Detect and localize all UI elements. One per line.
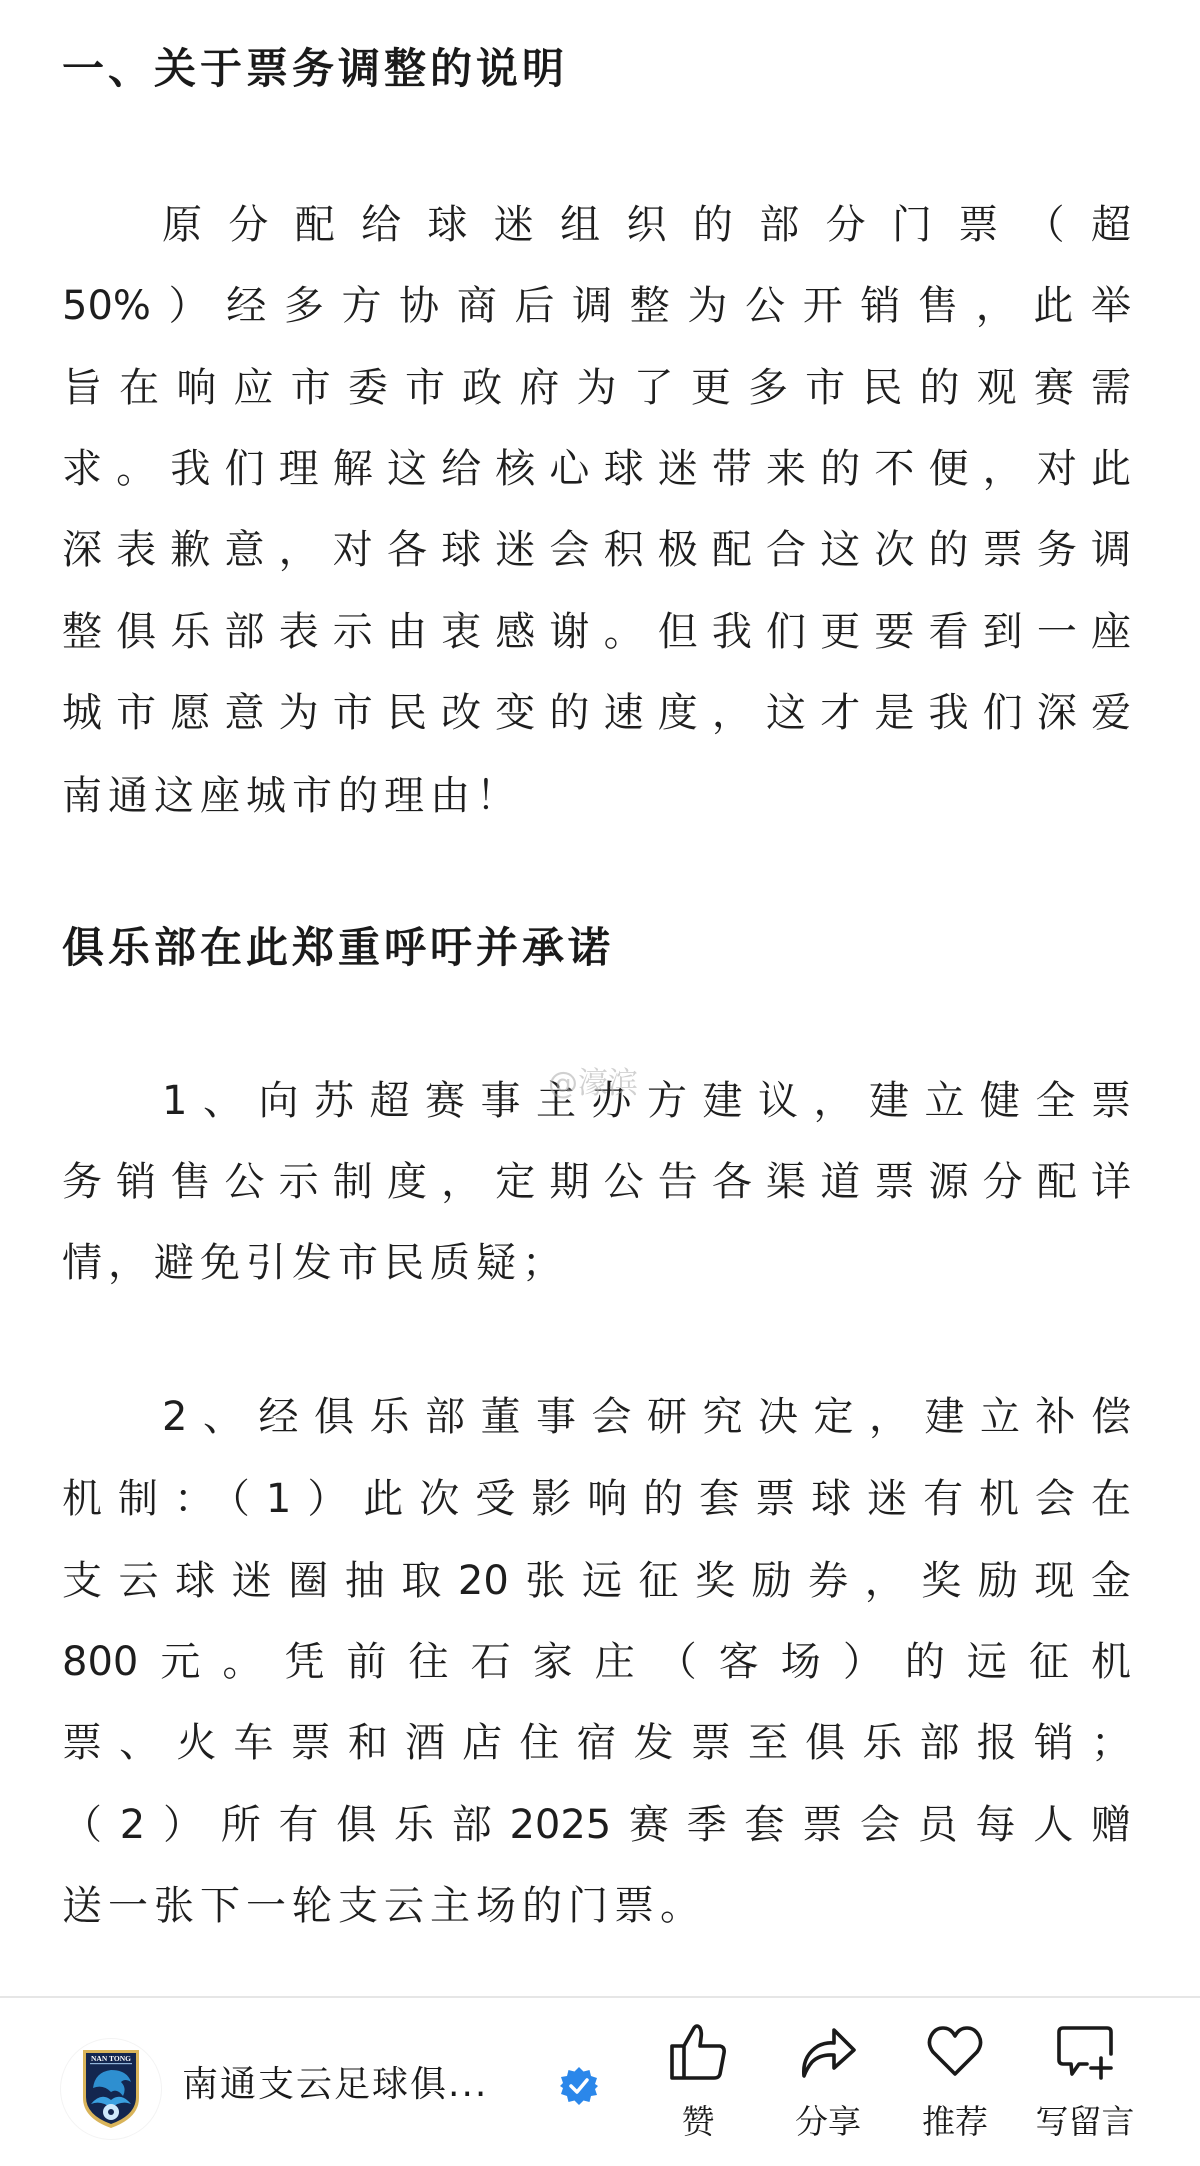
- paragraph-line: 1、向苏超赛事主办方建议，建立健全票: [62, 1076, 1131, 1126]
- paragraph-line: 城市愿意为市民改变的速度，这才是我们深爱: [62, 688, 1131, 738]
- recommend-label: 推荐: [895, 2102, 1015, 2142]
- comment-add-icon: [1055, 2022, 1115, 2082]
- avatar[interactable]: NAN TONG: [60, 2038, 162, 2140]
- thumbs-up-icon: [668, 2022, 728, 2082]
- paragraph-line: 原分配给球迷组织的部分门票（超: [62, 200, 1131, 250]
- like-button[interactable]: 赞: [638, 2022, 758, 2152]
- like-label: 赞: [638, 2102, 758, 2142]
- verified-badge-icon: [559, 2066, 599, 2106]
- club-crest-icon: NAN TONG: [81, 2048, 141, 2130]
- write-comment-button[interactable]: 写留言: [1025, 2022, 1145, 2152]
- section-heading-ticket-adjustment: 一、关于票务调整的说明: [62, 41, 568, 97]
- svg-text:NAN TONG: NAN TONG: [91, 2054, 131, 2063]
- paragraph-line: 旨在响应市委市政府为了更多市民的观赛需: [62, 363, 1131, 413]
- recommend-button[interactable]: 推荐: [895, 2022, 1015, 2152]
- paragraph-line: 整俱乐部表示由衷感谢。但我们更要看到一座: [62, 607, 1131, 657]
- paragraph-line: 50%）经多方协商后调整为公开销售，此举: [62, 281, 1131, 331]
- paragraph-line: 情，避免引发市民质疑；: [62, 1238, 1131, 1288]
- heart-icon: [925, 2022, 985, 2082]
- paragraph-line: 务销售公示制度，定期公告各渠道票源分配详: [62, 1157, 1131, 1207]
- paragraph-line: 南通这座城市的理由！: [62, 771, 1131, 821]
- bottom-action-bar: NAN TONG 南通支云足球俱... 赞 分享 推荐: [0, 1998, 1200, 2166]
- paragraph-line: 机制：（1）此次受影响的套票球迷有机会在: [62, 1474, 1131, 1524]
- paragraph-line: 深表歉意，对各球迷会积极配合这次的票务调: [62, 525, 1131, 575]
- share-icon: [798, 2022, 858, 2082]
- paragraph-line: 2、经俱乐部董事会研究决定，建立补偿: [62, 1392, 1131, 1442]
- share-button[interactable]: 分享: [768, 2022, 888, 2152]
- paragraph-line: 800元。凭前往石家庄（客场）的远征机: [62, 1637, 1131, 1687]
- section-heading-club-commitment: 俱乐部在此郑重呼吁并承诺: [62, 920, 614, 976]
- share-label: 分享: [768, 2102, 888, 2142]
- paragraph-line: 支云球迷圈抽取20张远征奖励券，奖励现金: [62, 1556, 1131, 1606]
- account-name[interactable]: 南通支云足球俱...: [182, 2063, 488, 2107]
- paragraph-line: （2）所有俱乐部2025赛季套票会员每人赠: [62, 1800, 1131, 1850]
- write-comment-label: 写留言: [1025, 2102, 1145, 2142]
- paragraph-line: 求。我们理解这给核心球迷带来的不便，对此: [62, 444, 1131, 494]
- paragraph-line: 票、火车票和酒店住宿发票至俱乐部报销；: [62, 1718, 1131, 1768]
- paragraph-line: 送一张下一轮支云主场的门票。: [62, 1881, 1131, 1931]
